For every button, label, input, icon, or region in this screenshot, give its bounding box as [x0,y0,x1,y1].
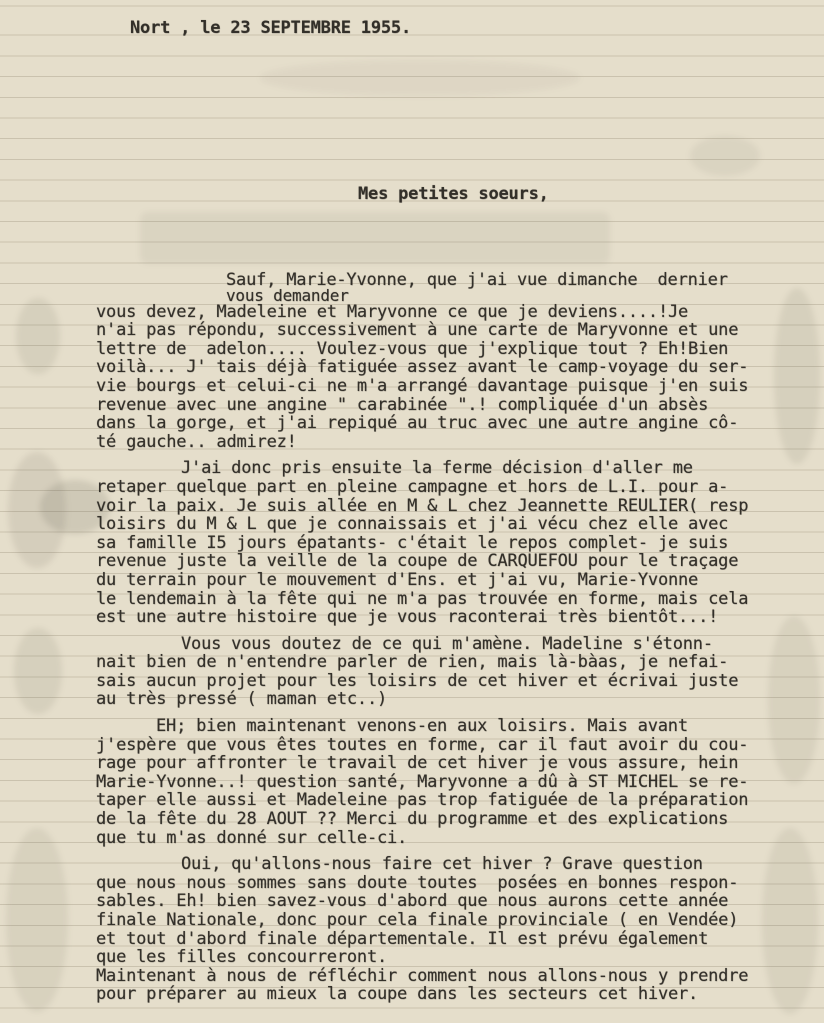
letter-paragraph: EH; bien maintenant venons-en aux loisir… [96,717,784,847]
letter-line: que tu m'as donné sur celle-ci. [96,829,784,848]
letter-line: sables. Eh! bien savez-vous d'abord que … [96,892,784,911]
letter-body: Sauf, Marie-Yvonne, que j'ai vue dimanch… [96,271,784,1012]
letter-line: vous devez, Madeleine et Maryvonne ce qu… [96,303,784,322]
letter-line: le lendemain à la fête qui ne m'a pas tr… [96,590,784,609]
letter-line: retaper quelque part en pleine campagne … [96,478,784,497]
letter-line: sa famille I5 jours épatants- c'était le… [96,534,784,553]
letter-line: Oui, qu'allons-nous faire cet hiver ? Gr… [96,855,784,874]
letter-line: et tout d'abord finale départementale. I… [96,930,784,949]
letter-line: revenue juste la veille de la coupe de C… [96,552,784,571]
letter-paragraph: Sauf, Marie-Yvonne, que j'ai vue dimanch… [96,271,784,451]
letter-line: Vous vous doutez de ce qui m'amène. Made… [96,635,784,654]
letter-line: Sauf, Marie-Yvonne, que j'ai vue dimanch… [96,271,784,290]
letter-line: vie bourgs et celui-ci ne m'a arrangé da… [96,377,784,396]
letter-line: revenue avec une angine " carabinée ".! … [96,396,784,415]
letter-line: té gauche.. admirez! [96,433,784,452]
letter-line: est une autre histoire que je vous racon… [96,608,784,627]
letter-line: taper elle aussi et Madeleine pas trop f… [96,791,784,810]
letter-paragraph: Oui, qu'allons-nous faire cet hiver ? Gr… [96,855,784,1004]
letter-line: sais aucun projet pour les loisirs de ce… [96,672,784,691]
letter-line: dans la gorge, et j'ai repiqué au truc a… [96,414,784,433]
letter-line: loisirs du M & L que je connaissais et j… [96,515,784,534]
letter-line: finale Nationale, donc pour cela finale … [96,911,784,930]
letter-paragraph: J'ai donc pris ensuite la ferme décision… [96,459,784,626]
letter-line: j'espère que vous êtes toutes en forme, … [96,736,784,755]
letter-line: au très pressé ( maman etc..) [96,690,784,709]
letter-paragraph: Vous vous doutez de ce qui m'amène. Made… [96,635,784,709]
letter-line: que nous nous sommes sans doute toutes p… [96,874,784,893]
letter-line: lettre de adelon.... Voulez-vous que j'e… [96,340,784,359]
letter-line: J'ai donc pris ensuite la ferme décision… [96,459,784,478]
letter-line: EH; bien maintenant venons-en aux loisir… [96,717,784,736]
letter-line: voilà... J' tais déjà fatiguée assez ava… [96,358,784,377]
letter-line: rage pour affronter le travail de cet hi… [96,754,784,773]
letter-line: de la fête du 28 AOUT ?? Merci du progra… [96,810,784,829]
letter-dateline: Nort , le 23 SEPTEMBRE 1955. [130,18,411,38]
letter-line: vous demander [96,290,784,303]
letter-line: n'ai pas répondu, successivement à une c… [96,321,784,340]
letter-line: du terrain pour le mouvement d'Ens. et j… [96,571,784,590]
letter-salutation: Mes petites soeurs, [358,184,549,204]
letter-line: que les filles concourreront. [96,948,784,967]
letter-line: Maintenant à nous de réfléchir comment n… [96,967,784,986]
letter-line: voir la paix. Je suis allée en M & L che… [96,497,784,516]
letter-line: pour préparer au mieux la coupe dans les… [96,985,784,1004]
letter-line: nait bien de n'entendre parler de rien, … [96,653,784,672]
letter-line: Marie-Yvonne..! question santé, Maryvonn… [96,773,784,792]
